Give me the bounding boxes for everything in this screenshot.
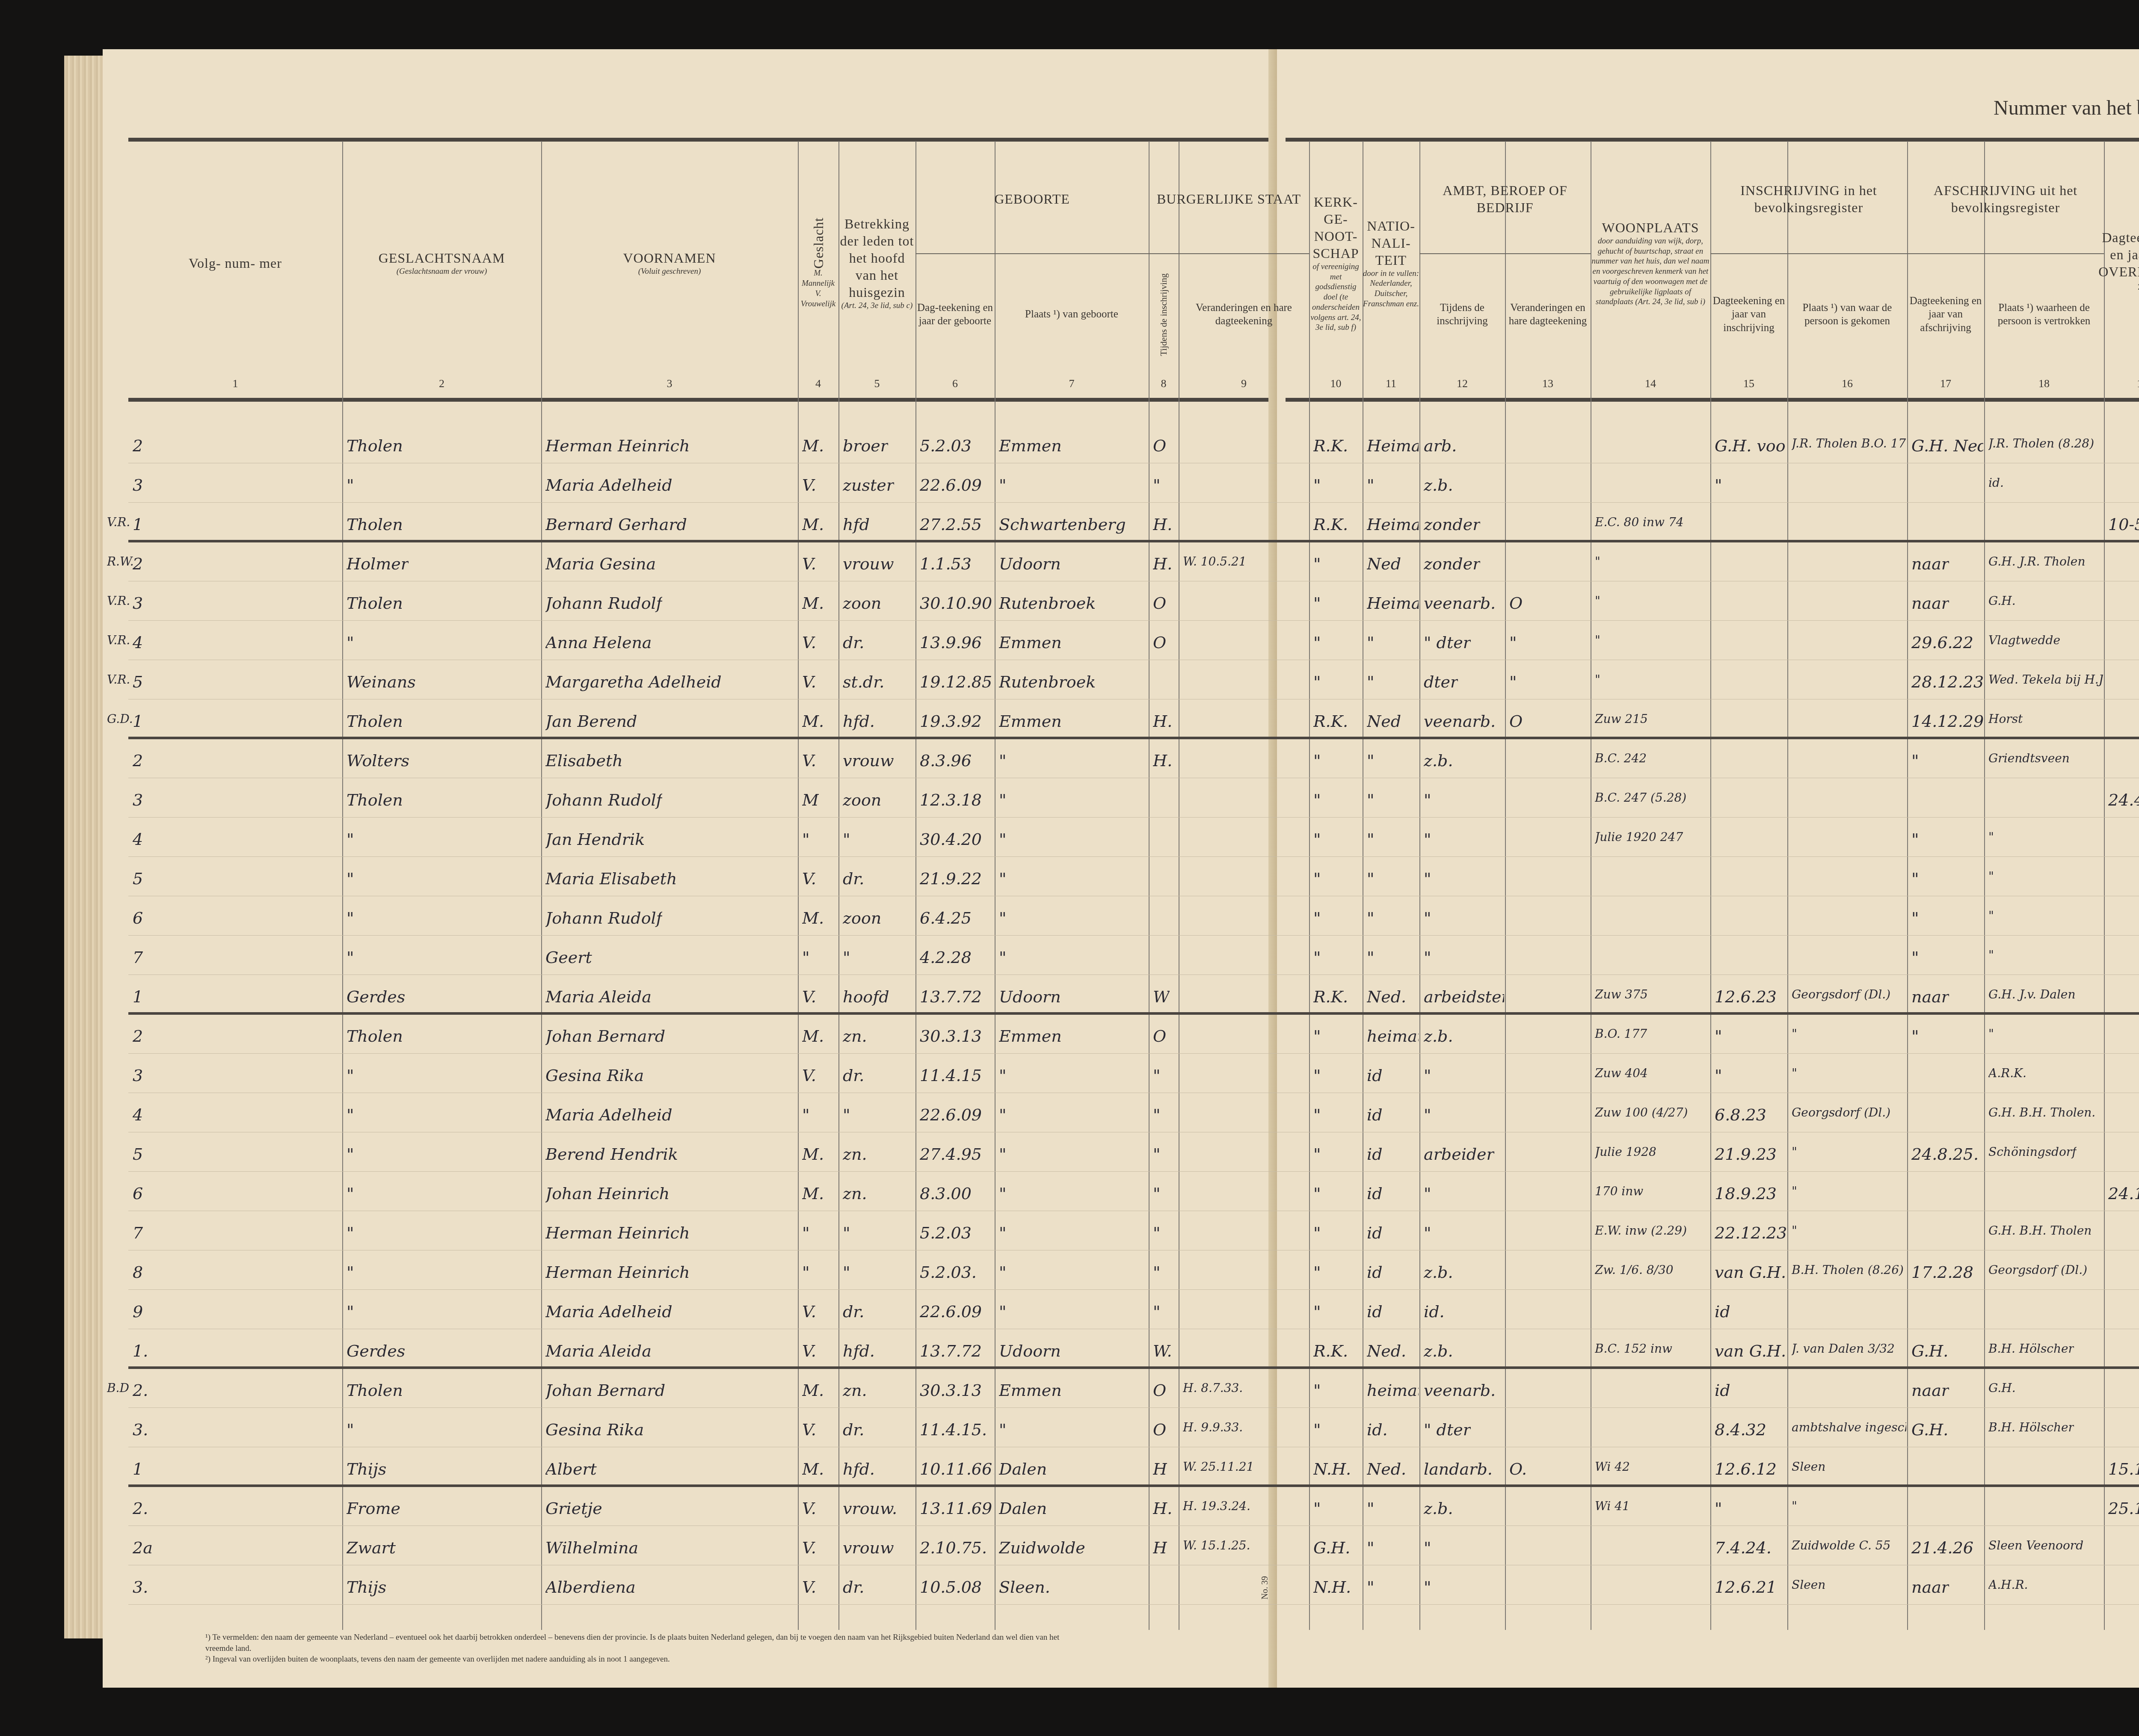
group-divider — [1710, 253, 1907, 254]
cell-nr: 3 — [133, 594, 143, 613]
cell-nat: heimatlos — [1367, 1027, 1419, 1046]
column-header-6: Dag-teekening en jaar der geboorte — [915, 257, 995, 372]
cell-dob: 30.3.13 — [920, 1381, 982, 1400]
cell-nat: Ned. — [1367, 987, 1406, 1006]
cell-beroep: z.b. — [1424, 1499, 1453, 1518]
row-ruling — [128, 935, 2139, 936]
column-number: 4 — [798, 377, 838, 390]
column-number: 10 — [1309, 377, 1363, 390]
row-ruling — [128, 620, 2139, 621]
group-label: AMBT, BEROEP OF BEDRIJF — [1419, 182, 1591, 216]
cell-civ: O — [1153, 633, 1166, 652]
cell-beroep: z.b. — [1424, 476, 1453, 495]
column-sublabel: (Voluit geschreven) — [638, 267, 701, 277]
cell-beroep: " — [1424, 1184, 1431, 1203]
cell-in_place: " — [1792, 1145, 1797, 1159]
cell-dob: 27.4.95 — [920, 1145, 982, 1164]
cell-woon: 170 inw — [1595, 1184, 1643, 1198]
group-label: AFSCHRIJVING uit het bevolkingsregister — [1907, 182, 2104, 216]
column-label: Plaats ¹) van geboorte — [1025, 308, 1118, 321]
cell-nr: 4 — [133, 1105, 143, 1124]
cell-dob: 13.9.96 — [920, 633, 982, 652]
cell-pob: " — [999, 1223, 1006, 1242]
cell-nr: 8 — [133, 1263, 143, 1282]
cell-name: " — [347, 909, 354, 927]
cell-pob: Emmen — [999, 1381, 1062, 1400]
group-divider — [1907, 253, 2104, 254]
group-header: INSCHRIJVING in het bevolkingsregister — [1710, 148, 1907, 250]
cell-woon: E.W. inw (2.29) — [1595, 1223, 1687, 1238]
cell-beroep: z.b. — [1424, 1263, 1453, 1282]
cell-woon: " — [1595, 554, 1600, 569]
cell-name: " — [347, 948, 354, 967]
cell-rel: zoon — [843, 594, 881, 613]
cell-rel: broer — [843, 436, 888, 455]
column-header-11: NATIO-NALI-TEITdoor in te vullen: Nederl… — [1363, 154, 1419, 372]
cell-dob: 13.7.72 — [920, 1342, 982, 1360]
cell-sex: V. — [802, 1420, 816, 1439]
cell-out_date: 14.12.29 — [1911, 712, 1983, 731]
column-header-5: Betrekking der leden tot het hoofd van h… — [838, 154, 915, 372]
cell-rel: dr. — [843, 1302, 864, 1321]
cell-out_place: G.H. — [1988, 594, 2016, 608]
cell-kerk: N.H. — [1313, 1460, 1351, 1478]
cell-in_place: Georgsdorf (Dl.) — [1792, 1105, 1890, 1120]
cell-nat: id — [1367, 1145, 1382, 1164]
column-header-19: Dagteekening en jaar van OVERLIJDEN ²) — [2104, 154, 2139, 372]
column-label: KERK-GE-NOOT-SCHAP — [1309, 193, 1363, 262]
cell-out_place: " — [1988, 830, 1994, 844]
column-header-4: GeslachtM. Mannelijk V. Vrouwelijk — [798, 154, 838, 372]
cell-rel: vrouw — [843, 1538, 894, 1557]
cell-first: Margaretha Adelheid — [545, 672, 722, 691]
cell-civ: W — [1153, 987, 1170, 1006]
header-top-rule-right — [1286, 138, 2139, 142]
cell-beroep: veenarb. — [1424, 1381, 1496, 1400]
cell-name: " — [347, 1302, 354, 1321]
cell-sex: V. — [802, 672, 816, 691]
cell-out_place: Vlagtwedde — [1988, 633, 2060, 647]
cell-kerk: " — [1313, 1066, 1321, 1085]
cell-nr: 2 — [133, 1027, 143, 1046]
cell-mark: B.D — [107, 1381, 129, 1395]
cell-rel: vrouw — [843, 554, 894, 573]
cell-first: Bernard Gerhard — [545, 515, 687, 534]
cell-pob: " — [999, 751, 1006, 770]
cell-beroep: " — [1424, 1578, 1431, 1597]
cell-nr: 2 — [133, 554, 143, 573]
cell-civ: H — [1153, 1460, 1167, 1478]
cell-nat: " — [1367, 633, 1374, 652]
cell-dob: 8.3.96 — [920, 751, 972, 770]
column-label: NATIO-NALI-TEIT — [1363, 217, 1419, 269]
column-label: Plaats ¹) van waar de persoon is gekomen — [1787, 301, 1907, 328]
cell-name: Holmer — [347, 554, 409, 573]
row-ruling — [128, 1171, 2139, 1172]
cell-nat: Ned. — [1367, 1342, 1406, 1360]
cell-name: " — [347, 830, 354, 849]
cell-nat: Heimatlos — [1367, 436, 1419, 455]
cell-civ: " — [1153, 476, 1160, 495]
cell-pob: " — [999, 476, 1006, 495]
row-ruling — [128, 975, 2139, 975]
cell-sex: M. — [802, 1381, 824, 1400]
cell-kerk: R.K. — [1313, 712, 1348, 731]
cell-in_place: " — [1792, 1027, 1797, 1041]
cell-nat: " — [1367, 909, 1374, 927]
cell-civ: O — [1153, 1420, 1166, 1439]
cell-pob: " — [999, 1420, 1006, 1439]
cell-first: Gesina Rika — [545, 1066, 644, 1085]
cell-name: " — [347, 1105, 354, 1124]
cell-beroep: " — [1424, 1105, 1431, 1124]
cell-kerk: R.K. — [1313, 436, 1348, 455]
cell-out_date: 24.8.25. — [1911, 1145, 1979, 1164]
row-ruling — [128, 896, 2139, 896]
cell-beroep: " — [1424, 791, 1431, 809]
cell-out_date: " — [1911, 909, 1919, 927]
cell-rel: vrouw. — [843, 1499, 897, 1518]
cell-name: " — [347, 1145, 354, 1164]
cell-dob: 30.3.13 — [920, 1027, 982, 1046]
cell-in_place: Sleen — [1792, 1578, 1825, 1592]
column-label: Geslacht — [810, 217, 827, 269]
header-bottom-rule-right — [1286, 398, 2139, 402]
cell-nat: id — [1367, 1302, 1382, 1321]
cell-name: " — [347, 633, 354, 652]
cell-sex: M. — [802, 515, 824, 534]
cell-rel: dr. — [843, 869, 864, 888]
cell-beroep: z.b. — [1424, 1342, 1453, 1360]
cell-out_place: " — [1988, 869, 1994, 883]
cell-beroep: " — [1424, 869, 1431, 888]
cell-beroep: zonder — [1424, 554, 1480, 573]
cell-death: 24.4.24 — [2108, 791, 2139, 809]
footnote-1: ¹) Te vermelden: den naam der gemeente v… — [205, 1632, 1061, 1654]
cell-sex: " — [802, 1263, 809, 1282]
cell-pob: " — [999, 791, 1006, 809]
cell-rel: hfd — [843, 515, 870, 534]
cell-woon: B.C. 152 inw — [1595, 1342, 1672, 1356]
cell-out_date: " — [1911, 869, 1919, 888]
cell-in_place: B.H. Tholen (8.26) — [1792, 1263, 1904, 1277]
cell-rel: hfd. — [843, 712, 875, 731]
column-number: 16 — [1787, 377, 1907, 390]
cell-beroep: " dter — [1424, 633, 1471, 652]
cell-name: " — [347, 476, 354, 495]
cell-nat: " — [1367, 830, 1374, 849]
cell-out_date: naar — [1911, 1381, 1949, 1400]
column-label: VOORNAMEN — [623, 249, 716, 267]
column-number: 9 — [1179, 377, 1309, 390]
cell-beroep: zonder — [1424, 515, 1480, 534]
cell-out_place: A.H.R. — [1988, 1578, 2028, 1592]
cell-nat: id — [1367, 1184, 1382, 1203]
cell-first: Jan Hendrik — [545, 830, 645, 849]
sheet-number-label: Nummer van het blad — [1994, 96, 2139, 120]
cell-kerk: " — [1313, 1499, 1321, 1518]
column-label: Veranderingen en hare dagteekening — [1505, 301, 1591, 328]
cell-name: Tholen — [347, 791, 403, 809]
row-ruling — [128, 1053, 2139, 1054]
column-header-12: Tijdens de inschrijving — [1419, 257, 1505, 372]
cell-sex: " — [802, 948, 809, 967]
cell-kerk: " — [1313, 554, 1321, 573]
row-ruling — [128, 1604, 2139, 1605]
cell-name: Wolters — [347, 751, 409, 770]
cell-name: Tholen — [347, 436, 403, 455]
household-separator — [128, 1012, 2139, 1015]
cell-nat: " — [1367, 1538, 1374, 1557]
cell-in_date: " — [1715, 476, 1722, 495]
cell-nat: " — [1367, 1499, 1374, 1518]
cell-civ: O — [1153, 436, 1166, 455]
cell-in_date: 12.6.12 — [1715, 1460, 1777, 1478]
column-header-13: Veranderingen en hare dagteekening — [1505, 257, 1591, 372]
cell-woon: Zuw 215 — [1595, 712, 1648, 726]
column-number: 17 — [1907, 377, 1984, 390]
row-ruling — [128, 1447, 2139, 1447]
cell-nat: " — [1367, 869, 1374, 888]
cell-civ_change: H. 8.7.33. — [1183, 1381, 1243, 1395]
row-ruling — [128, 699, 2139, 699]
cell-dob: 30.10.90 — [920, 594, 992, 613]
cell-nat: heimatlos — [1367, 1381, 1419, 1400]
cell-kerk: " — [1313, 1381, 1321, 1400]
cell-mark: V.R. — [107, 594, 130, 608]
cell-in_place: J. van Dalen 3/32 — [1792, 1342, 1895, 1356]
cell-nr: 6 — [133, 909, 143, 927]
cell-in_date: " — [1715, 1066, 1722, 1085]
cell-name: Weinans — [347, 672, 416, 691]
cell-civ: " — [1153, 1302, 1160, 1321]
cell-civ: " — [1153, 1184, 1160, 1203]
header-bottom-rule — [128, 398, 1268, 402]
cell-dob: 5.2.03 — [920, 1223, 972, 1242]
cell-civ: " — [1153, 1066, 1160, 1085]
cell-in_date: " — [1715, 1027, 1722, 1046]
column-label: Dagteekening en jaar van OVERLIJDEN ²) — [2098, 229, 2139, 297]
cell-out_place: id. — [1988, 476, 2004, 490]
column-header-15: Dagteekening en jaar van inschrijving — [1710, 257, 1787, 372]
cell-first: Maria Gesina — [545, 554, 656, 573]
column-label: GESLACHTSNAAM — [379, 249, 505, 267]
cell-rel: zn. — [843, 1027, 867, 1046]
column-label: Volg- num- mer — [189, 255, 282, 272]
cell-nr: 2. — [133, 1381, 148, 1400]
column-sublabel: of vereeniging met godsdienstig doel (te… — [1309, 262, 1363, 333]
cell-rel: zuster — [843, 476, 894, 495]
cell-first: Elisabeth — [545, 751, 623, 770]
cell-kerk: " — [1313, 791, 1321, 809]
cell-kerk: " — [1313, 869, 1321, 888]
column-number: 8 — [1149, 377, 1179, 390]
cell-civ_change: W. 10.5.21 — [1183, 554, 1247, 569]
cell-first: Gesina Rika — [545, 1420, 644, 1439]
cell-in_place: ambtshalve ingeschreven — [1792, 1420, 1906, 1434]
cell-beroep: arbeidster — [1424, 987, 1504, 1006]
cell-out_place: G.H. J.v. Dalen — [1988, 987, 2075, 1001]
cell-in_date: van G.H. — [1715, 1263, 1786, 1282]
cell-rel: dr. — [843, 1578, 864, 1597]
cell-name: " — [347, 1420, 354, 1439]
cell-name: Tholen — [347, 1381, 403, 1400]
cell-first: Maria Elisabeth — [545, 869, 677, 888]
group-divider — [1419, 253, 1591, 254]
column-label: Plaats ¹) waarheen de persoon is vertrok… — [1984, 301, 2104, 328]
cell-kerk: " — [1313, 1027, 1321, 1046]
column-number: 18 — [1984, 377, 2104, 390]
cell-dob: 27.2.55 — [920, 515, 982, 534]
cell-beroep: z.b. — [1424, 1027, 1453, 1046]
group-header: GEBOORTE — [915, 148, 1149, 250]
cell-name: " — [347, 1263, 354, 1282]
row-ruling — [128, 1211, 2139, 1211]
cell-nr: 1 — [133, 987, 143, 1006]
column-header-8: Tijdens de inschrijving — [1149, 257, 1179, 372]
cell-pob: Dalen — [999, 1460, 1047, 1478]
cell-civ: O — [1153, 1027, 1166, 1046]
cell-beroep: " — [1424, 909, 1431, 927]
cell-beroep: id. — [1424, 1302, 1445, 1321]
cell-in_place: " — [1792, 1184, 1797, 1198]
cell-sex: " — [802, 1105, 809, 1124]
cell-in_date: 12.6.21 — [1715, 1578, 1777, 1597]
cell-first: Johann Rudolf — [545, 791, 662, 809]
cell-sex: V. — [802, 751, 816, 770]
column-number: 2 — [342, 377, 541, 390]
row-ruling — [128, 1329, 2139, 1329]
cell-first: Maria Aleida — [545, 1342, 652, 1360]
cell-beroep: " — [1424, 1223, 1431, 1242]
footnote-2: ²) Ingeval van overlijden buiten de woon… — [205, 1654, 1061, 1665]
cell-dob: 11.4.15 — [920, 1066, 982, 1085]
cell-pob: " — [999, 830, 1006, 849]
row-ruling — [128, 1093, 2139, 1093]
cell-in_place: Georgsdorf (Dl.) — [1792, 987, 1890, 1001]
cell-out_date: 29.6.22 — [1911, 633, 1973, 652]
cell-out_place: Georgsdorf (Dl.) — [1988, 1263, 2087, 1277]
cell-rel: hfd. — [843, 1460, 875, 1478]
column-label: WOONPLAATS — [1602, 219, 1699, 236]
cell-kerk: " — [1313, 1223, 1321, 1242]
cell-kerk: N.H. — [1313, 1578, 1351, 1597]
cell-death: 24.11.1924 — [2108, 1184, 2139, 1203]
column-header-17: Dagteekening en jaar van afschrijving — [1907, 257, 1984, 372]
cell-nat: id — [1367, 1105, 1382, 1124]
cell-ber_change: O — [1509, 712, 1523, 731]
column-label: Dagteekening en jaar van inschrijving — [1710, 294, 1787, 335]
column-number: 11 — [1363, 377, 1419, 390]
cell-sex: " — [802, 1223, 809, 1242]
cell-nr: 5 — [133, 672, 143, 691]
cell-pob: Schwartenberg — [999, 515, 1126, 534]
cell-first: Johann Rudolf — [545, 909, 662, 927]
cell-sex: M. — [802, 1184, 824, 1203]
cell-sex: " — [802, 830, 809, 849]
cell-pob: " — [999, 1302, 1006, 1321]
cell-out_date: " — [1911, 948, 1919, 967]
row-ruling — [128, 817, 2139, 818]
cell-out_place: G.H. B.H. Tholen. — [1988, 1105, 2095, 1120]
cell-nat: " — [1367, 791, 1374, 809]
cell-in_date: G.H. voor — [1715, 436, 1786, 455]
cell-sex: V. — [802, 869, 816, 888]
cell-nr: 3. — [133, 1420, 148, 1439]
cell-woon: E.C. 80 inw 74 — [1595, 515, 1684, 529]
cell-dob: 13.11.69 — [920, 1499, 992, 1518]
cell-sex: V. — [802, 476, 816, 495]
cell-out_date: 21.4.26 — [1911, 1538, 1973, 1557]
cell-pob: Zuidwolde — [999, 1538, 1085, 1557]
column-sublabel: (Geslachtsnaam der vrouw) — [397, 267, 487, 277]
row-ruling — [128, 581, 2139, 581]
cell-civ: O — [1153, 594, 1166, 613]
column-number: 15 — [1710, 377, 1787, 390]
cell-civ: " — [1153, 1263, 1160, 1282]
cell-nat: id — [1367, 1223, 1382, 1242]
column-sublabel: door in te vullen: Nederlander, Duitsche… — [1363, 269, 1419, 309]
cell-dob: 4.2.28 — [920, 948, 972, 967]
cell-woon: Zuw 100 (4/27) — [1595, 1105, 1688, 1120]
cell-first: Alberdiena — [545, 1578, 636, 1597]
cell-first: Grietje — [545, 1499, 602, 1518]
cell-dob: 5.2.03 — [920, 436, 972, 455]
cell-beroep: " — [1424, 948, 1431, 967]
cell-rel: " — [843, 1105, 850, 1124]
cell-mark: G.D. — [107, 712, 133, 726]
cell-name: Gerdes — [347, 987, 405, 1006]
cell-nr: 9 — [133, 1302, 143, 1321]
cell-pob: Sleen. — [999, 1578, 1050, 1597]
cell-in_date: 8.4.32 — [1715, 1420, 1766, 1439]
cell-woon: Zuw 375 — [1595, 987, 1648, 1001]
cell-kerk: " — [1313, 909, 1321, 927]
cell-name: Tholen — [347, 1027, 403, 1046]
cell-civ_change: H. 9.9.33. — [1183, 1420, 1243, 1434]
cell-out_date: " — [1911, 1027, 1919, 1046]
cell-sex: M. — [802, 909, 824, 927]
cell-nat: Heimatlos — [1367, 594, 1419, 613]
cell-woon: B.C. 242 — [1595, 751, 1647, 765]
cell-civ: H. — [1153, 751, 1172, 770]
cell-in_place: Zuidwolde C. 55 — [1792, 1538, 1890, 1552]
cell-sex: V. — [802, 1066, 816, 1085]
group-label: INSCHRIJVING in het bevolkingsregister — [1710, 182, 1907, 216]
column-sublabel: door aanduiding van wijk, dorp, gehucht … — [1591, 236, 1710, 307]
cell-first: Johann Rudolf — [545, 594, 662, 613]
cell-civ_change: W. 25.11.21 — [1183, 1460, 1254, 1474]
cell-pob: " — [999, 869, 1006, 888]
cell-beroep: z.b. — [1424, 751, 1453, 770]
cell-pob: " — [999, 909, 1006, 927]
cell-first: Jan Berend — [545, 712, 637, 731]
column-header-7: Plaats ¹) van geboorte — [995, 257, 1149, 372]
cell-nr: 3 — [133, 791, 143, 809]
cell-kerk: R.K. — [1313, 1342, 1348, 1360]
cell-death: 25.11.21 — [2108, 1499, 2139, 1518]
cell-out_place: A.R.K. — [1988, 1066, 2026, 1080]
column-header-10: KERK-GE-NOOT-SCHAPof vereeniging met god… — [1309, 154, 1363, 372]
column-sublabel: (Art. 24, 3e lid, sub c) — [841, 301, 913, 311]
row-ruling — [128, 1407, 2139, 1408]
cell-sex: M. — [802, 712, 824, 731]
cell-nr: 2 — [133, 436, 143, 455]
cell-sex: M. — [802, 594, 824, 613]
cell-name: Tholen — [347, 594, 403, 613]
cell-nat: Heimatlos — [1367, 515, 1419, 534]
cell-nr: 4 — [133, 830, 143, 849]
